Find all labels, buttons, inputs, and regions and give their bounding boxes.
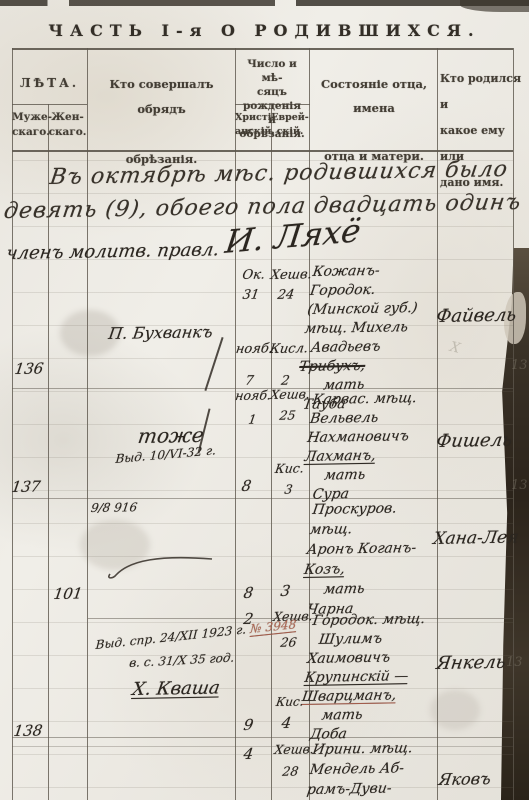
entry-3-number: 101 xyxy=(52,585,83,605)
summary-line-3: членъ молитв. правл. xyxy=(5,238,221,265)
entry-5-birth-jewish: Хешв. 28 xyxy=(270,738,310,783)
col-header-christian-date: Христі- анскій. xyxy=(235,111,271,139)
page-title: ЧАСТЬ I-я О РОДИВШИХСЯ. xyxy=(0,21,529,40)
father-text: Карвас. мѣщ. Вельвель Нахмановичъ xyxy=(306,390,418,446)
col-header-performer: Кто совершалъ обрядъ обрѣзанія. xyxy=(90,72,233,172)
col-header-father: Состояніе отца, имена отца и матери. xyxy=(312,72,436,168)
entry-1-birth-jewish: Хешв. 24 xyxy=(266,265,308,306)
scanned-register-page: ЧАСТЬ I-я О РОДИВШИХСЯ. ЛѢТА. Муже- скаг… xyxy=(0,0,529,800)
scan-edge-top-right xyxy=(460,0,529,12)
mother-text: мать Сура xyxy=(298,467,366,503)
entry-4-child-name: Янкель xyxy=(435,651,508,676)
col-header-jewish-date: Еврей- скій. xyxy=(271,111,309,139)
scan-edge-top xyxy=(0,0,529,6)
flourish-mark xyxy=(100,546,220,582)
col-header-female: Жен- скаго. xyxy=(48,110,87,140)
col-header-years: ЛѢТА. xyxy=(12,76,87,90)
row-divider xyxy=(12,746,513,747)
bleedthrough-mark: 13 xyxy=(506,655,523,670)
scan-edge-left xyxy=(0,0,12,800)
entry-2-number: 137 xyxy=(10,478,41,498)
father-surname-underlined: Крупинскій — xyxy=(304,668,410,686)
entry-4-number: 138 xyxy=(12,722,43,742)
entry-4-clerk-signature: Х. Кваша xyxy=(131,676,222,701)
entry-4-circumcision-jewish-month: Кис. xyxy=(275,695,305,711)
entry-1-child-name: Файвель xyxy=(435,304,518,329)
entry-2-father-info: Карвас. мѣщ. Вельвель Нахмановичъ Лахман… xyxy=(298,389,436,505)
father-text: Кожанъ-Городок. (Минской губ.) мѣщ. Михе… xyxy=(301,263,419,356)
entry-3-certificate-note: 9/8 916 xyxy=(90,500,138,516)
entry-2-birth-christian: нояб. 1 xyxy=(230,383,270,432)
entry-1-birth-christian: Ок. 31 xyxy=(233,265,271,306)
entry-4-father-info: Городок. мѣщ. Шулимъ Хаимовичъ Крупинскі… xyxy=(295,610,438,745)
father-text: Городок. мѣщ. Шулимъ Хаимовичъ xyxy=(306,611,426,667)
years-subdivider xyxy=(12,104,87,105)
entry-3-father-info: Проскуров. мѣщ. Аронъ Коганъ- Козъ, мать… xyxy=(297,498,438,620)
col-header-male: Муже- скаго. xyxy=(12,110,48,140)
father-surname-underlined: Козъ, xyxy=(303,561,346,578)
entry-1-performer: П. Бухванкъ xyxy=(107,322,214,345)
bleedthrough-mark: 13 xyxy=(511,358,528,373)
entry-1-number: 136 xyxy=(13,360,44,380)
entry-3-child-name: Хана-Лея xyxy=(432,527,520,551)
father-surname-underlined: Лахманъ, xyxy=(304,448,377,465)
father-surname-underlined-2: Шварцманъ, xyxy=(301,687,398,705)
entry-5-child-name: Яковъ xyxy=(437,769,492,791)
entry-5-father-info: Ирини. мѣщ. Мендель Аб- рамъ-Дуви- xyxy=(306,738,439,800)
entry-2-child-name: Фишель xyxy=(435,429,514,454)
father-surname-struck: Трибухъ, xyxy=(298,358,366,375)
bleedthrough-mark: 13 xyxy=(511,478,528,493)
father-text: Проскуров. мѣщ. Аронъ Коганъ- xyxy=(306,500,418,558)
entry-2-birth-jewish: Хешв. 25 xyxy=(266,383,308,426)
